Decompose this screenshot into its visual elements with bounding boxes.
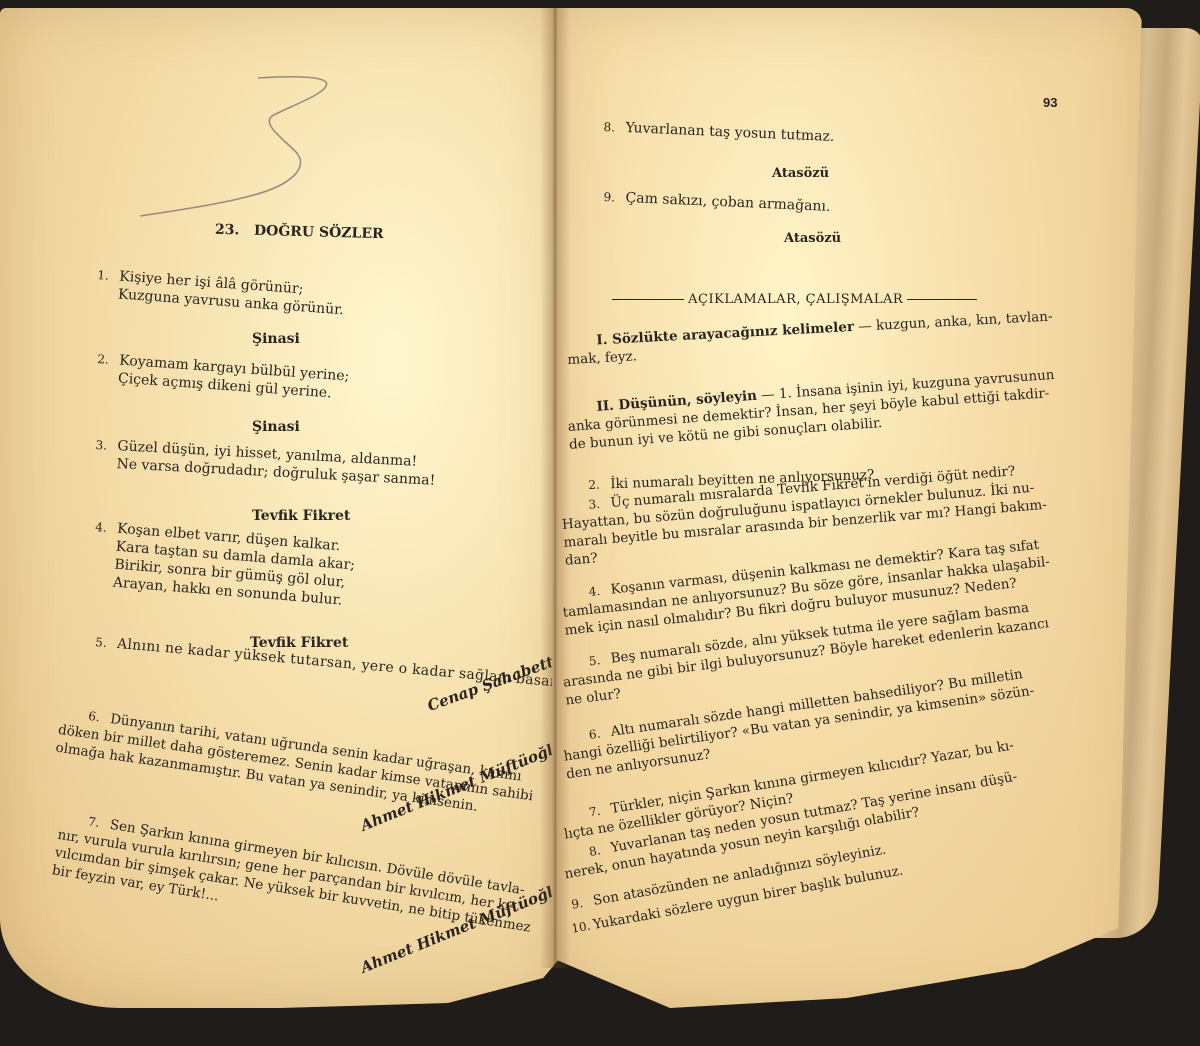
exercise-II: II. Düşünün, söyleyin — 1. İnsana işinin…: [566, 366, 1058, 454]
item-number: 5.: [94, 633, 117, 653]
quote-item-3: 3.Güzel düşün, iyi hisset, yanılma, alda…: [94, 436, 436, 490]
pencil-mark-3-icon: [140, 68, 340, 218]
quote-item-1: 1.Kişiye her işi âlâ görünür; Kuzguna ya…: [95, 266, 345, 319]
author-atasozu-2: Atasözü: [784, 230, 841, 248]
quote-item-8: 8.Yuvarlanan taş yosun tutmaz.: [603, 118, 835, 146]
item-number: 3.: [95, 436, 118, 455]
chapter-heading: 23. DOĞRU SÖZLER: [215, 221, 384, 243]
open-book: 23. DOĞRU SÖZLER 1.Kişiye her işi âlâ gö…: [0, 0, 1200, 1046]
item-number: 8.: [603, 118, 626, 137]
question-number: 9.: [570, 892, 595, 914]
page-number: 93: [1043, 94, 1057, 112]
section-heading: AÇIKLAMALAR, ÇALIŞMALAR: [612, 291, 977, 309]
chapter-title: DOĞRU SÖZLER: [254, 223, 384, 242]
quote-item-6: 6.Dünyanın tarihi, vatanı uğrunda senin …: [54, 703, 536, 823]
author-tevfik-fikret-1: Tevfik Fikret: [252, 507, 350, 525]
book-gutter: [540, 8, 570, 968]
left-page: 23. DOĞRU SÖZLER 1.Kişiye her işi âlâ gö…: [0, 8, 560, 1008]
item-number: 4.: [95, 518, 118, 538]
heading-rule-left: [612, 299, 684, 300]
author-sinasi-2: Şinasi: [252, 418, 300, 436]
quote-line: Çam sakızı, çoban armağanı.: [625, 190, 831, 215]
quote-item-4: 4.Koşan elbet varır, düşen kalkar. Kara …: [90, 518, 357, 610]
item-number: 2.: [97, 350, 120, 369]
heading-rule-right: [907, 299, 977, 300]
question-number: 4.: [588, 581, 612, 601]
exercise-I: I. Sözlükte arayacağınız kelimeler — kuz…: [566, 308, 1054, 369]
item-number: 9.: [603, 188, 626, 207]
quote-item-9: 9.Çam sakızı, çoban armağanı.: [603, 188, 831, 216]
item-number: 1.: [97, 266, 120, 285]
author-atasozu-1: Atasözü: [772, 165, 829, 183]
right-page: 93 8.Yuvarlanan taş yosun tutmaz. Atasöz…: [552, 8, 1142, 1008]
section-heading-text: AÇIKLAMALAR, ÇALIŞMALAR: [688, 292, 903, 307]
question-number: 2.: [588, 475, 611, 494]
chapter-number: 23.: [215, 222, 240, 239]
question-number: 3.: [588, 494, 611, 514]
quote-line: Yuvarlanan taş yosun tutmaz.: [625, 120, 834, 145]
question-number: 10.: [570, 916, 595, 938]
author-sinasi-1: Şinasi: [252, 330, 300, 348]
quote-item-2: 2.Koyamam kargayı bülbül yerine; Çiçek a…: [95, 350, 349, 404]
